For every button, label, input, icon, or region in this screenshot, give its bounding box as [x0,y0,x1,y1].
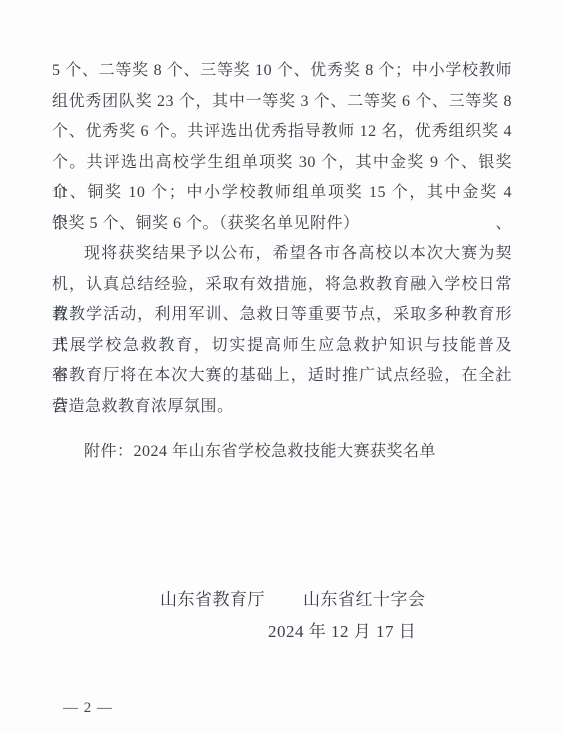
body-line: 营造急救教育浓厚氛围。 [52,392,512,423]
document-body: 5 个、二等奖 8 个、三等奖 10 个、优秀奖 8 个；中小学校教师 组优秀团… [52,56,512,422]
body-line: 开展学校急救教育，切实提高师生应急救护知识与技能普及率。 [52,331,512,362]
body-line: 现将获奖结果予以公布，希望各市各高校以本次大赛为契 [52,239,512,270]
signature-block: 山东省教育厅 山东省红十字会 [160,588,426,612]
body-line: 个、优秀奖 6 个。共评选出优秀指导教师 12 名，优秀组织奖 4 [52,117,512,148]
signature-org-redcross: 山东省红十字会 [303,588,426,612]
attachment-line: 附件：2024 年山东省学校急救技能大赛获奖名单 [52,437,512,468]
document-page: 5 个、二等奖 8 个、三等奖 10 个、优秀奖 8 个；中小学校教师 组优秀团… [0,0,564,734]
page-number: — 2 — [63,698,113,718]
body-line: 育教学活动，利用军训、急救日等重要节点，采取多种教育形式 [52,300,512,331]
body-line: 组优秀团队奖 23 个，其中一等奖 3 个、二等奖 6 个、三等奖 8 [52,87,512,118]
body-line: 个。共评选出高校学生组单项奖 30 个，其中金奖 9 个、银奖 11 [52,148,512,179]
body-line: 省教育厅将在本次大赛的基础上，适时推广试点经验，在全社会 [52,361,512,392]
body-line: 个、铜奖 10 个；中小学校教师组单项奖 15 个，其中金奖 4 个、 [52,178,512,209]
date-line: 2024 年 12 月 17 日 [268,620,416,644]
signature-org-education: 山东省教育厅 [160,588,265,612]
body-line: 机，认真总结经验，采取有效措施，将急救教育融入学校日常教 [52,270,512,301]
body-line: 5 个、二等奖 8 个、三等奖 10 个、优秀奖 8 个；中小学校教师 [52,56,512,87]
